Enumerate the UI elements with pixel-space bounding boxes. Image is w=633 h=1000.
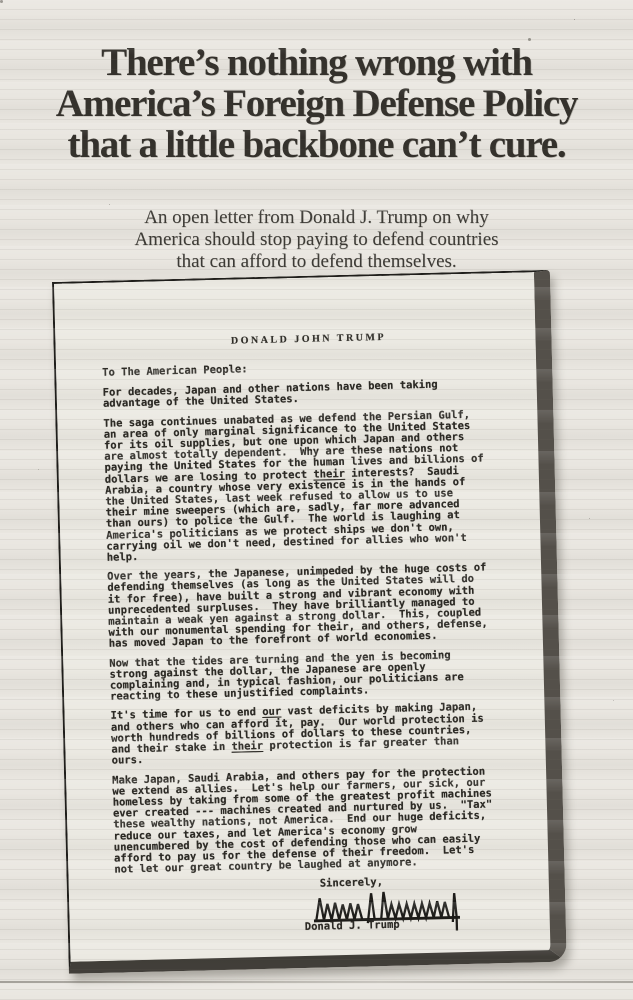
newspaper-ad-page: { "page": { "headline_lines": [ "There’s… [0,0,633,1000]
salutation: To The American People: [102,358,516,379]
closing-block: Sincerely, Donald J. Trump [115,874,530,938]
scan-noise-specks [0,0,3,3]
scanned-letter-page: DONALD JOHN TRUMP To The American People… [52,270,567,974]
headline-line-3: that a little backbone can’t cure. [0,124,633,165]
letter-paragraph: Make Japan, Saudi Arabia, and others pay… [112,765,528,876]
letter-paragraph: For decades, Japan and other nations hav… [103,378,517,411]
scan-streak [0,981,633,983]
letterhead-name: DONALD JOHN TRUMP [101,329,515,350]
subhead-line-1: An open letter from Donald J. Trump on w… [0,207,633,229]
letter-body: For decades, Japan and other nations hav… [103,378,529,876]
headline: There’s nothing wrong with America’s For… [0,42,633,165]
letter-paragraph: It's time for us to end our vast deficit… [111,701,526,767]
letter-paragraph: The saga continues unabated as we defend… [103,408,520,564]
subheadline: An open letter from Donald J. Trump on w… [0,207,633,273]
letter-paragraph: Now that the tides are turning and the y… [109,648,524,703]
headline-line-2: America’s Foreign Defense Policy [0,83,633,124]
letter-paragraph: Over the years, the Japanese, unimpeded … [107,562,523,651]
subhead-line-2: America should stop paying to defend cou… [0,229,633,251]
headline-line-1: There’s nothing wrong with [0,42,633,83]
